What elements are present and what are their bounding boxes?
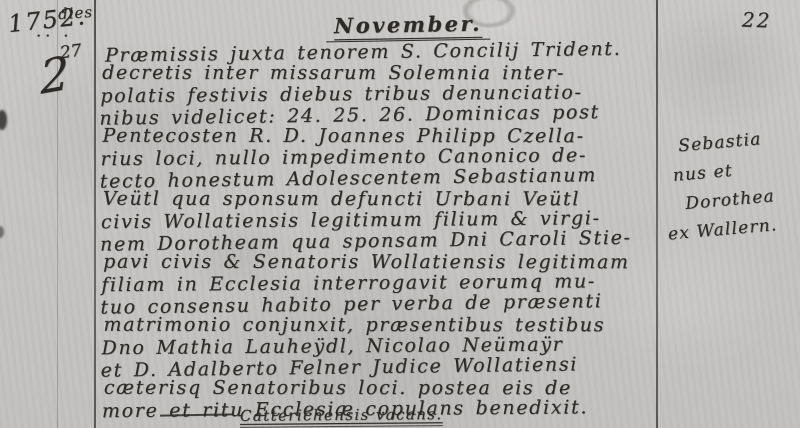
entry-text: Præmissis juxta tenorem S. Concilij Trid…: [99, 41, 661, 422]
ink-smudge-small: [0, 226, 4, 238]
ink-smudge: [0, 110, 7, 130]
month-heading: November.: [318, 10, 498, 38]
day-flourish: 2: [39, 49, 69, 101]
month-heading-text: November.: [326, 11, 490, 43]
dies-column-label: dies: [57, 3, 93, 23]
manuscript-page: 1752. dies ·· · November. 22 27 2 Præmis…: [0, 0, 800, 428]
margin-note: Sebastia nus et Dorothea ex Wallern.: [659, 122, 800, 249]
entry-line: matrimonio conjunxit, præsentibus testib…: [103, 315, 663, 336]
left-margin-rule: [94, 0, 96, 428]
entry-insertion: Catterichensis vacans.: [240, 405, 443, 428]
page-number: 22: [742, 7, 772, 32]
